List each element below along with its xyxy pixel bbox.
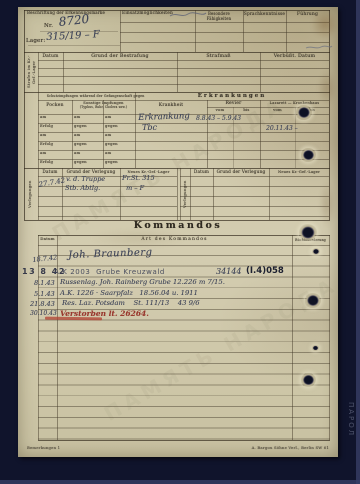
revier-dates-handwriting: 8.8.43 – 5.9.43	[196, 115, 241, 122]
impf-cell-label: gegen	[74, 142, 87, 146]
kommandos-datum-header: Datum	[38, 237, 57, 242]
lazarett-date-handwriting: 20.11.43 –	[266, 125, 298, 132]
impf-cell-label: am	[105, 115, 111, 119]
col-einsatz-label: Einsatzmöglichkeiten	[122, 12, 173, 17]
stain	[316, 175, 338, 235]
verlegungen-datum-header: Datum	[38, 170, 62, 175]
rule-line	[38, 132, 329, 133]
impf-cell-label: am	[105, 151, 111, 155]
krankheit-header: Krankheit	[135, 103, 207, 108]
krankheit-entry-handwriting: Erkrankung	[138, 111, 190, 123]
rule-line	[180, 176, 329, 177]
impf-cell-label: gegen	[105, 160, 118, 164]
rule-line	[177, 168, 178, 220]
pocken-label: Pocken	[38, 103, 72, 108]
rule-line	[38, 76, 329, 77]
stain	[78, 225, 198, 251]
revier-vom-label: vom	[207, 108, 233, 112]
impf-cell-label: gegen	[74, 160, 87, 164]
impf-cell-label: Erfolg	[40, 124, 53, 128]
kommando-entry-handwriting: A.K. 1226 · Saarpfalz 18.56.04 u. 1911	[60, 289, 198, 297]
impf-cell-label: gegen	[105, 142, 118, 146]
rule-line	[38, 216, 329, 217]
impf-cell-label: Erfolg	[40, 142, 53, 146]
kommando-entry-stamp: A K 2003 Grube Kreuzwald	[54, 268, 165, 276]
impf-cell-label: am	[40, 115, 46, 119]
rule-line	[38, 60, 329, 61]
rule-line	[38, 68, 329, 69]
stain	[306, 3, 344, 45]
revier-header: Revier	[207, 101, 260, 106]
lazarett-vom-label: vom	[260, 108, 295, 112]
rule-line	[38, 150, 329, 151]
rule-line	[38, 440, 330, 441]
rule-line	[38, 206, 177, 207]
kommando-entry-handwriting: Res. Laz. Potsdam St. 111/13 43 9/6	[62, 299, 200, 307]
strafen-grund-header: Grund der Bestrafung	[63, 54, 177, 60]
impf-cell-label: am	[40, 151, 46, 155]
rule-line	[72, 100, 73, 168]
kommando-entry-handwriting: Russenlag. Joh. Rainberg Grube 12.226 m …	[60, 278, 225, 286]
kommando-number-handwriting: 34144	[216, 267, 241, 276]
rule-line	[38, 186, 177, 187]
verlegung-grund-handwriting: Stb. Abtlg.	[65, 184, 100, 192]
strafen-datum-header: Datum	[38, 54, 63, 59]
impf-cell-label: gegen	[74, 124, 87, 128]
hole-punch	[296, 105, 312, 120]
impfungen-title: Schutzimpfungen während der Gefangenscha…	[47, 94, 127, 99]
rule-line	[120, 42, 329, 43]
stain	[314, 65, 340, 111]
impf-cell-label: am	[105, 133, 111, 137]
scan-edge	[356, 0, 360, 484]
print-code: (I.4)058	[246, 266, 284, 276]
nr-label: Nr.	[44, 23, 53, 29]
personalkarte-back-page: Beschriftung der Erkennungsmarke Nr. Lag…	[18, 7, 338, 457]
id-tag-number-handwriting: 8720	[58, 12, 90, 29]
verlegung-grund-handwriting: v. d. Truppe	[66, 175, 105, 183]
verlegungen-lager-header: Neues Kr.-Gef.-Lager	[272, 170, 326, 175]
rule-line	[120, 10, 121, 52]
rule-line	[24, 10, 25, 220]
impf-cell-label: am	[74, 151, 80, 155]
strafen-strafmass-header: Strafmaß	[177, 54, 260, 60]
rule-line	[180, 186, 329, 187]
col-sprachen-label: Sprachkenntnisse	[243, 12, 286, 17]
footer-left-text: Bemerkungen 1	[27, 446, 60, 450]
edge-watermark: ПАРОЛ	[347, 402, 355, 437]
verlegungen-side-label: Verlegungen	[182, 174, 187, 214]
verlegungen-grund-header: Grund der Verlegung	[213, 170, 269, 175]
verlegung-lager-handwriting: Fr.St. 315	[122, 174, 155, 182]
pencil-squiggle	[168, 10, 208, 20]
krankheit-entry-handwriting: Tbc	[142, 123, 157, 132]
impf-cell-label: gegen	[105, 124, 118, 128]
document-scan: Beschriftung der Erkennungsmarke Nr. Lag…	[0, 0, 360, 484]
strafen-side-label: Strafen im Kr.-Gef.-Lager	[26, 54, 36, 90]
rule-line	[329, 235, 330, 440]
scan-edge	[0, 480, 360, 484]
verlegungen-side-label: Verlegungen	[27, 174, 32, 214]
impf-cell-label: am	[40, 133, 46, 137]
rule-line	[292, 235, 293, 440]
rule-line	[120, 22, 329, 23]
printer-imprint: A. Bargou Söhne Verl., Berlin SW 61	[248, 446, 329, 450]
lager-handwriting: 315/19 – F	[46, 29, 100, 43]
verlegung-lager-handwriting: m – F	[126, 184, 144, 192]
kommando-date-handwriting: 5.1.43	[34, 290, 55, 298]
rule-line	[120, 32, 329, 33]
impf-cell-label: am	[74, 115, 80, 119]
revier-bis-label: bis	[233, 108, 260, 112]
rule-line	[28, 45, 120, 46]
impf-cell-label: Erfolg	[40, 160, 53, 164]
verlegungen-datum-header: Datum	[190, 170, 213, 175]
rule-line	[180, 196, 329, 197]
impf-cell-label: am	[74, 133, 80, 137]
rule-line	[103, 100, 104, 168]
lager-label: Lager:	[26, 38, 45, 44]
erkrankungen-title: Erkrankungen	[135, 93, 329, 99]
rule-line	[38, 84, 329, 85]
rule-line	[38, 235, 39, 440]
rule-line	[180, 206, 329, 207]
strafen-verbuesst-header: Verbüßt. Datum	[260, 54, 329, 60]
rule-line	[57, 235, 58, 440]
sonstige-impfungen-sublabel: (Typhus, Ruhr, Cholera usw.)	[77, 106, 131, 110]
kommando-date-handwriting: 21.8.43	[30, 300, 55, 308]
rule-line	[38, 196, 177, 197]
kommando-date-handwriting: 8.1.43	[34, 279, 55, 287]
